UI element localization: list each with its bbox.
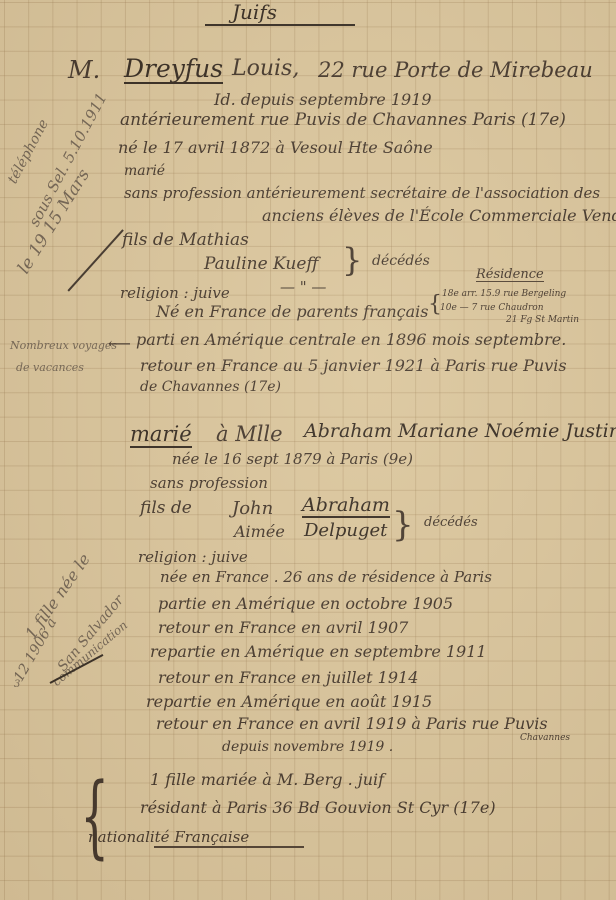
footer-nationality: nationalité Française: [88, 830, 249, 845]
religion-ditto: — " —: [280, 280, 326, 295]
residence-brace: {: [428, 294, 442, 316]
line-born-france: Né en France de parents français: [156, 304, 429, 320]
spouse-born: née en France . 26 ans de résidence à Pa…: [160, 570, 492, 585]
spouse-religion: religion : juive: [138, 550, 248, 565]
footer-daughter: 1 fille mariée à M. Berg . juif: [150, 772, 384, 788]
margin-pointer-line: [67, 229, 123, 291]
residence-line-1: 18e arr. 15.9 rue Bergeling: [442, 290, 566, 299]
spouse-travel-5: repartie en Amérique en août 1915: [146, 694, 432, 710]
margin-note-daughter-5: 3: [14, 680, 20, 690]
spouse-parents-status: décédés: [424, 516, 478, 529]
line-profession-cont: anciens élèves de l'École Commerciale Ve…: [262, 208, 616, 224]
margin-note-travel-2: de vacances: [16, 362, 84, 373]
margin-note-phone: téléphone: [6, 117, 51, 186]
footer-brace: {: [80, 772, 109, 862]
spouse-to: à Mlle: [216, 424, 283, 445]
spouse-since: depuis novembre 1919 .: [222, 740, 393, 754]
line-marital: marié: [124, 164, 165, 178]
spouse-parents-brace: }: [392, 508, 414, 542]
residence-line-3: 21 Fg St Martin: [506, 316, 579, 325]
line-father: fils de Mathias: [122, 232, 249, 249]
spouse-father-label: fils de: [140, 500, 192, 517]
line-profession: sans profession antérieurement secrétair…: [124, 186, 600, 201]
margin-note-travel-1: Nombreux voyages: [10, 340, 117, 351]
spouse-father-surname: Abraham: [302, 496, 390, 518]
arrow-left-icon: ⟵: [108, 336, 131, 352]
margin-note-daughter-1: 1 fille née le: [23, 551, 93, 642]
footer-daughter-residence: résidant à Paris 36 Bd Gouvion St Cyr (1…: [140, 800, 496, 816]
line-religion: religion : juive: [120, 286, 230, 301]
line-previous-address: antérieurement rue Puvis de Chavannes Pa…: [120, 112, 566, 129]
spouse-travel-6: retour en France en avril 1919 à Paris r…: [156, 716, 548, 732]
residence-line-2: 10e — 7 rue Chaudron: [440, 304, 544, 313]
spouse-travel-3: repartie en Amérique en septembre 1911: [150, 644, 487, 660]
header-address: 22 rue Porte de Mirebeau: [318, 60, 593, 81]
document-title: Juifs: [232, 2, 277, 22]
spouse-father: John: [232, 500, 273, 518]
spouse-profession: sans profession: [150, 476, 268, 491]
line-return-france: retour en France au 5 janvier 1921 à Par…: [140, 358, 567, 374]
archival-document-page: Juifs M. Dreyfus Louis, 22 rue Porte de …: [0, 0, 616, 900]
spouse-name: Abraham Mariane Noémie Justine: [304, 422, 616, 441]
header-surname: Dreyfus: [124, 56, 223, 84]
line-left-america: parti en Amérique centrale en 1896 mois …: [136, 332, 566, 348]
spouse-travel-1: partie en Amérique en octobre 1905: [158, 596, 453, 612]
parents-status: décédés: [372, 254, 430, 268]
spouse-mother: Aimée: [234, 524, 285, 540]
header-prefix: M.: [68, 58, 100, 82]
spouse-travel-4: retour en France en juillet 1914: [158, 670, 418, 686]
header-given-name: Louis,: [232, 58, 299, 80]
title-underline: [205, 24, 355, 26]
spouse-mother-surname: Delpuget: [304, 522, 387, 540]
line-return-france-cont: de Chavannes (17e): [140, 380, 281, 394]
residence-heading: Résidence: [476, 268, 544, 282]
line-mother: Pauline Kueff: [204, 256, 318, 273]
parents-brace: }: [342, 244, 362, 276]
spouse-travels-note: Chavannes: [520, 734, 570, 743]
footer-underline: [154, 846, 304, 848]
spouse-birth: née le 16 sept 1879 à Paris (9e): [172, 452, 413, 467]
line-birth: né le 17 avril 1872 à Vesoul Hte Saône: [118, 140, 433, 156]
spouse-married-label: marié: [130, 424, 192, 448]
spouse-travel-2: retour en France en avril 1907: [158, 620, 408, 636]
line-since: Id. depuis septembre 1919: [214, 92, 432, 108]
